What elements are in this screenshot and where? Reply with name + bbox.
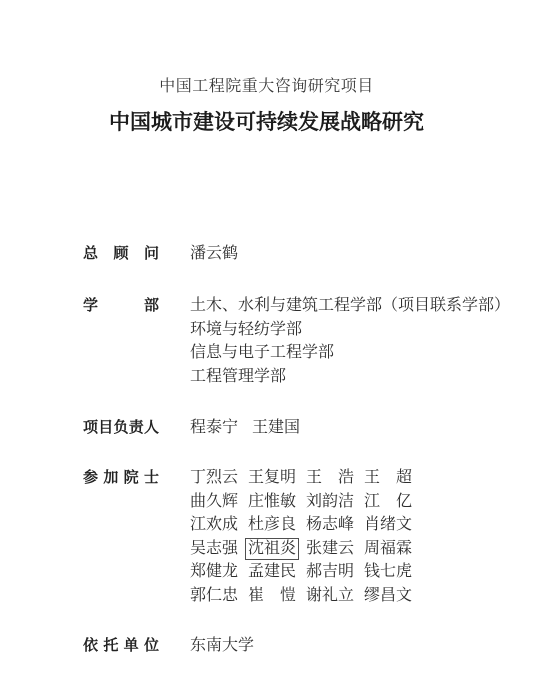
academician-name: 江亿 (364, 490, 412, 514)
academician-name: 吴志强 (190, 537, 238, 561)
academicians-row: 郑健龙 孟建民 郝吉明 钱七虎 (190, 560, 412, 584)
academician-name: 曲久辉 (190, 490, 238, 514)
departments-list: 土木、水利与建筑工程学部（项目联系学部） 环境与轻纺学部 信息与电子工程学部 工… (190, 294, 510, 388)
academician-name: 钱七虎 (364, 560, 412, 584)
supporting-unit-value: 东南大学 (190, 634, 254, 658)
project-leaders-label: 项目负责人 (83, 416, 159, 440)
book-credits-page: 中国工程院重大咨询研究项目 中国城市建设可持续发展战略研究 总顾问 潘云鹤 学部… (0, 0, 533, 700)
department-item: 环境与轻纺学部 (190, 318, 510, 342)
academicians-row: 曲久辉 庄惟敏 刘韵洁 江亿 (190, 490, 412, 514)
academicians-row: 吴志强 沈祖炎 张建云 周福霖 (190, 537, 412, 561)
section-departments: 学部 土木、水利与建筑工程学部（项目联系学部） 环境与轻纺学部 信息与电子工程学… (83, 294, 510, 388)
academician-name: 张建云 (306, 537, 354, 561)
academician-name: 王超 (364, 466, 412, 490)
academician-name: 丁烈云 (190, 466, 238, 490)
academician-name: 杨志峰 (306, 513, 354, 537)
project-leader-name: 程泰宁 (190, 416, 238, 440)
department-item: 土木、水利与建筑工程学部（项目联系学部） (190, 294, 510, 318)
chief-advisor-value: 潘云鹤 (190, 242, 238, 266)
academician-name: 刘韵洁 (306, 490, 354, 514)
academician-name: 郝吉明 (306, 560, 354, 584)
section-chief-advisor: 总顾问 潘云鹤 (83, 242, 238, 266)
chief-advisor-label: 总顾问 (83, 242, 159, 266)
academician-name-deceased-boxed: 沈祖炎 (245, 538, 299, 560)
academicians-grid: 丁烈云 王复明 王浩 王超 曲久辉 庄惟敏 刘韵洁 江亿 江欢成 杜彦良 杨志峰… (190, 466, 412, 607)
department-item: 信息与电子工程学部 (190, 341, 510, 365)
academicians-row: 丁烈云 王复明 王浩 王超 (190, 466, 412, 490)
project-leader-name: 王建国 (252, 416, 300, 440)
academician-name: 肖绪文 (364, 513, 412, 537)
academician-name: 庄惟敏 (248, 490, 296, 514)
academician-name: 江欢成 (190, 513, 238, 537)
academician-name: 崔愷 (248, 584, 296, 608)
academician-name: 谢礼立 (306, 584, 354, 608)
academician-name: 杜彦良 (248, 513, 296, 537)
academicians-label: 参加院士 (83, 466, 159, 490)
project-leaders-values: 程泰宁 王建国 (190, 416, 300, 440)
academician-name: 孟建民 (248, 560, 296, 584)
supporting-unit-label: 依托单位 (83, 634, 159, 658)
section-project-leaders: 项目负责人 程泰宁 王建国 (83, 416, 300, 440)
section-supporting-unit: 依托单位 东南大学 (83, 634, 254, 658)
academicians-row: 江欢成 杜彦良 杨志峰 肖绪文 (190, 513, 412, 537)
academician-name: 郑健龙 (190, 560, 238, 584)
department-item: 工程管理学部 (190, 365, 510, 389)
academician-name: 周福霖 (364, 537, 412, 561)
academicians-row: 郭仁忠 崔愷 谢礼立 缪昌文 (190, 584, 412, 608)
academician-name: 缪昌文 (364, 584, 412, 608)
academician-name: 王复明 (248, 466, 296, 490)
page-title: 中国城市建设可持续发展战略研究 (0, 109, 533, 137)
series-label: 中国工程院重大咨询研究项目 (0, 78, 533, 96)
academician-name: 郭仁忠 (190, 584, 238, 608)
academician-name: 王浩 (306, 466, 354, 490)
departments-label: 学部 (83, 294, 159, 318)
section-academicians: 参加院士 丁烈云 王复明 王浩 王超 曲久辉 庄惟敏 刘韵洁 江亿 江欢成 杜彦… (83, 466, 412, 607)
